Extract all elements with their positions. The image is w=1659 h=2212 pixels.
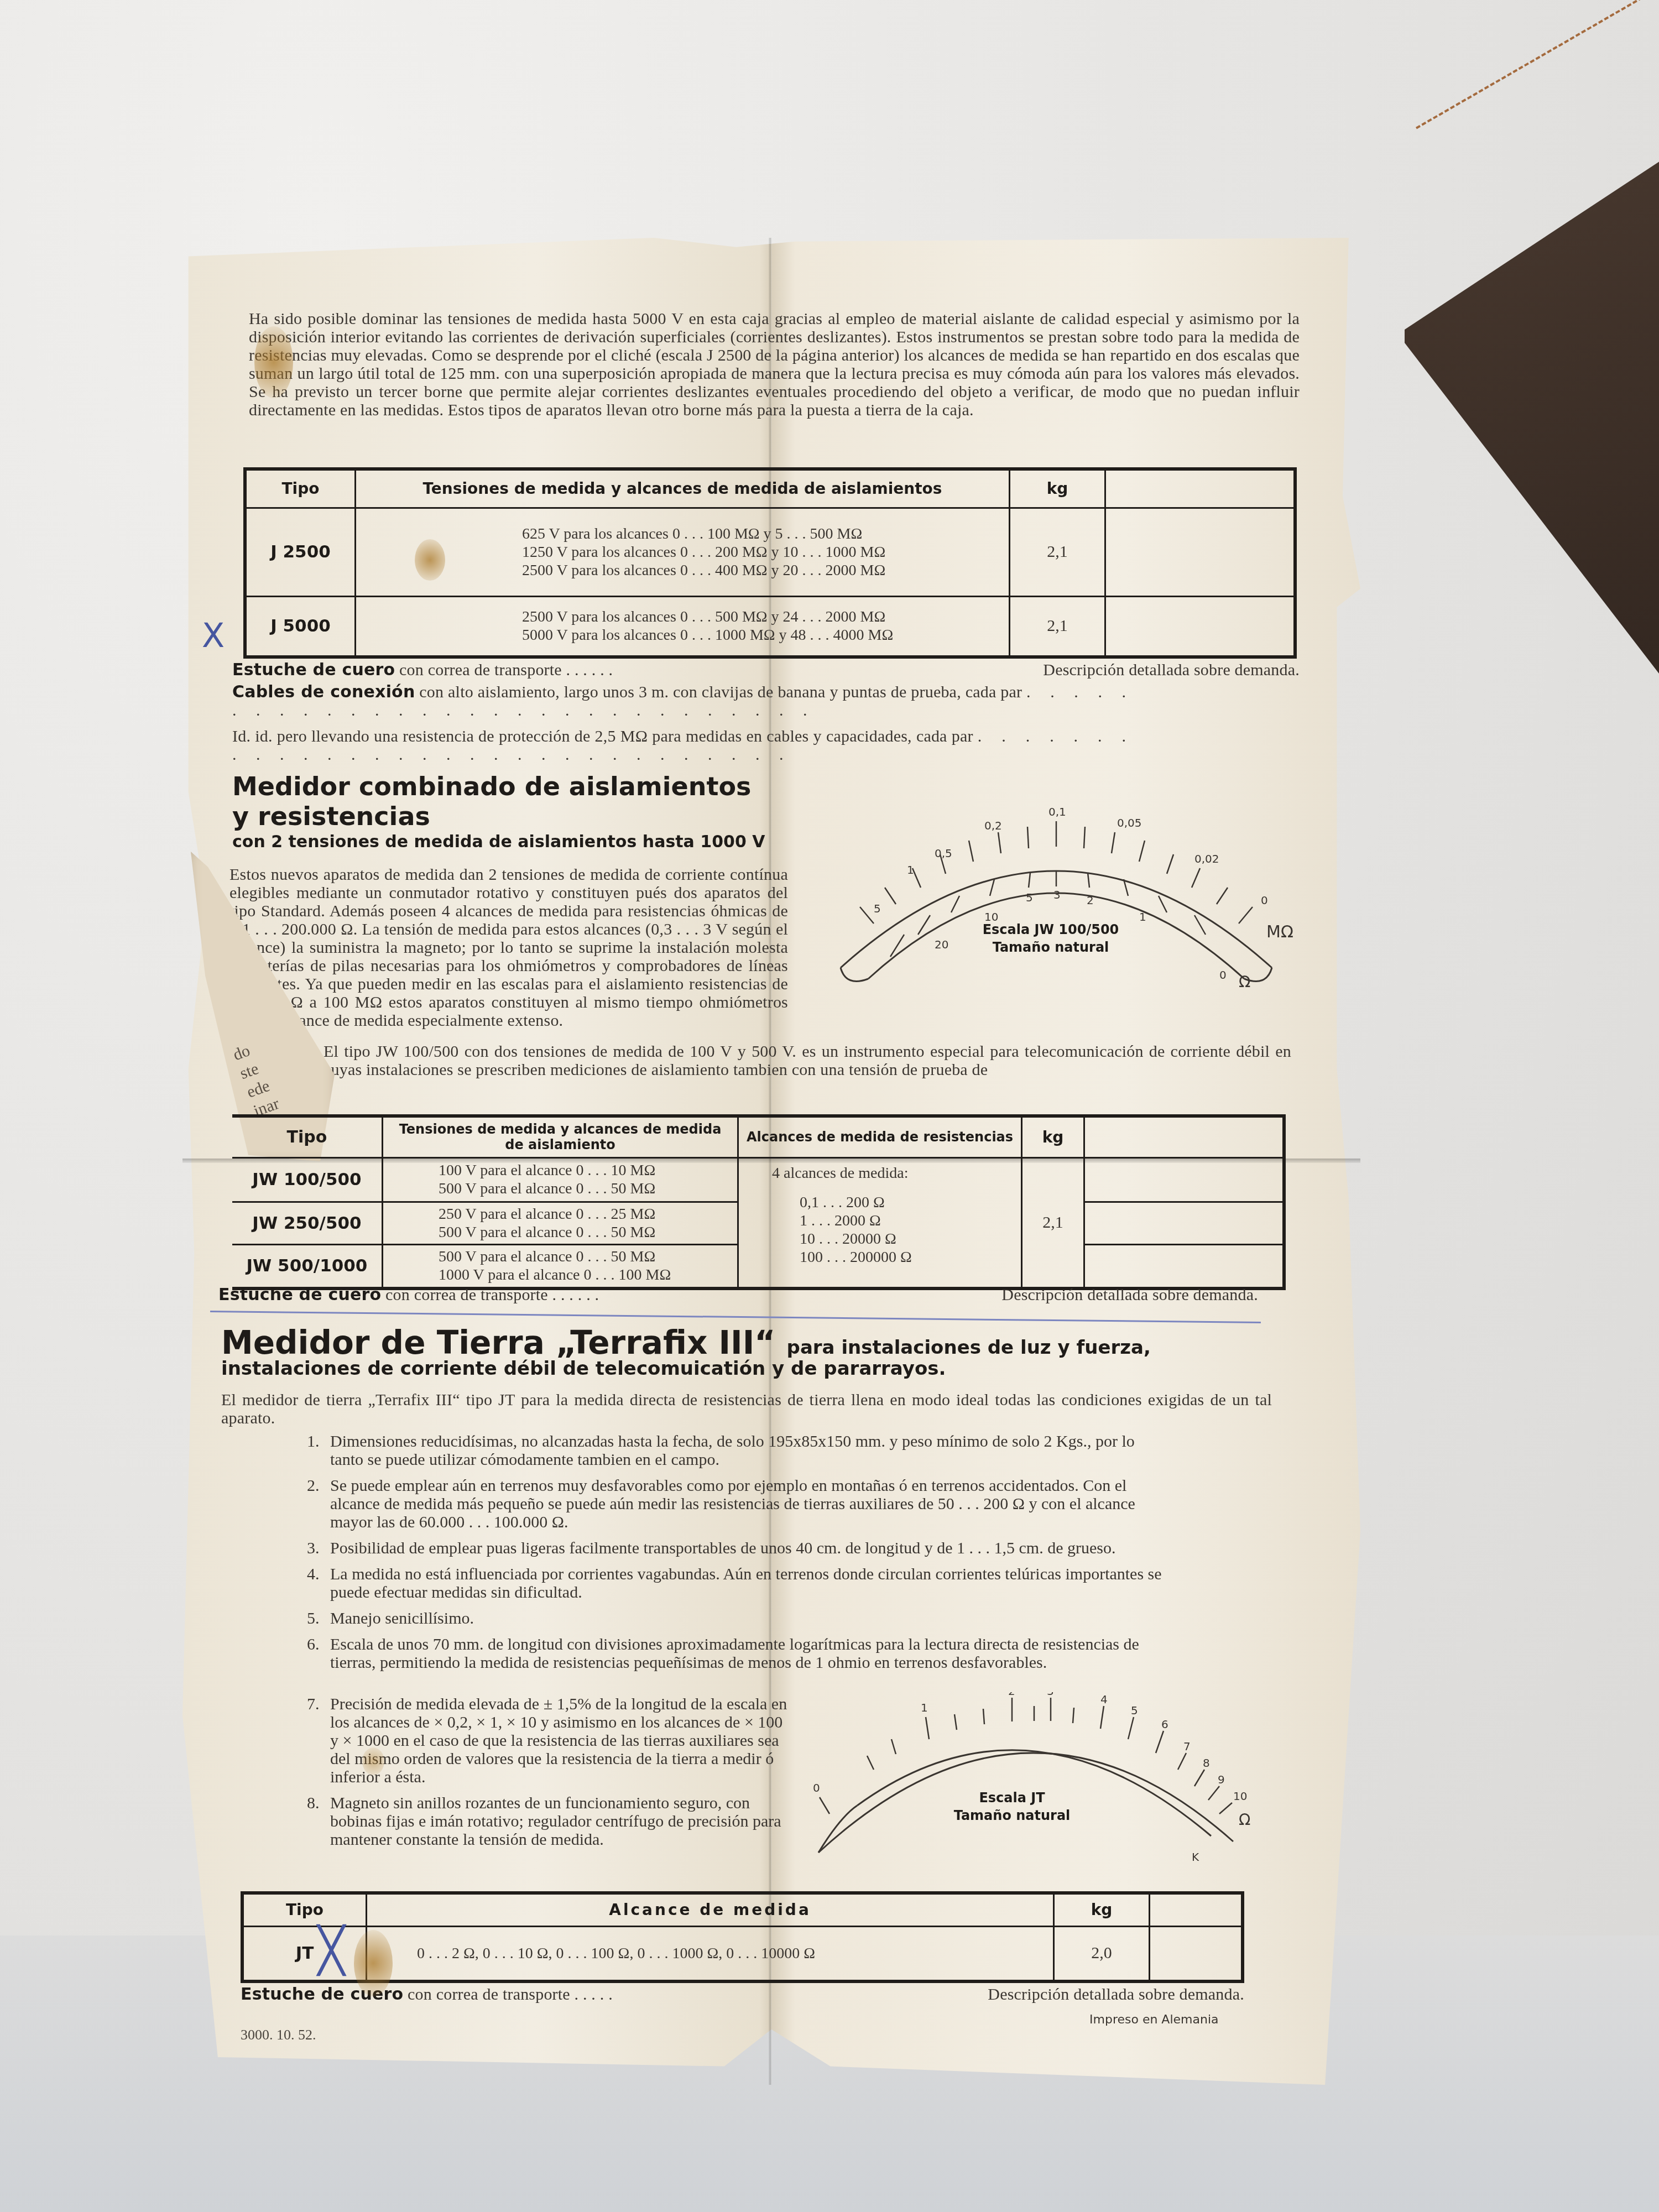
section2-paragraph2-text: El tipo JW 100/500 con dos tensiones de … — [229, 1042, 1291, 1079]
item-number: 1. — [307, 1432, 330, 1469]
item-number: 2. — [307, 1477, 330, 1531]
scale-tick-label: 1 — [907, 863, 914, 877]
case-desc: con correa de transporte . . . . . . — [385, 1286, 599, 1304]
jw500-1000-ranges: 500 V para el alcance 0 . . . 50 MΩ 1000… — [383, 1244, 738, 1288]
case-note: Descripción detallada sobre demanda. — [1043, 661, 1300, 679]
scale-tick-label: 5 — [1131, 1704, 1138, 1717]
table2-header-kg: kg — [1022, 1116, 1084, 1157]
tipo-j5000: J 5000 — [245, 596, 356, 657]
section2-title-line1: Medidor combinado de aislamientos — [232, 771, 752, 801]
rust-stain — [415, 539, 445, 581]
scale-tick-label: 2 — [1087, 894, 1094, 907]
scale-tick-label: 7 — [1183, 1740, 1191, 1753]
item-number: 5. — [307, 1609, 330, 1627]
item-number: 3. — [307, 1539, 330, 1557]
jt-ranges: 0 . . . 2 Ω, 0 . . . 10 Ω, 0 . . . 100 Ω… — [367, 1926, 1054, 1981]
scale-tick-label: 0 — [1219, 968, 1227, 982]
scale-tick-label: 2 — [1008, 1692, 1015, 1698]
table3-header-alcance: Alcance de medida — [367, 1893, 1054, 1926]
terrafix-title: Medidor de Tierra „Terrafix III“ — [221, 1324, 775, 1361]
table1-header-blank — [1105, 469, 1296, 508]
table2-header-resistencias: Alcances de medida de resistencias — [738, 1116, 1022, 1157]
table-j-series: Tipo Tensiones de medida y alcances de m… — [243, 467, 1297, 659]
scale-tick-label: 4 — [1100, 1693, 1108, 1706]
features-list-continued: 7.Precisión de medida elevada de ± 1,5% … — [307, 1695, 788, 1856]
kg-j2500: 2,1 — [1010, 508, 1105, 596]
accessory-case-line: Estuche de cuero con correa de transport… — [232, 661, 1300, 679]
case-desc: con correa de transporte . . . . . . — [399, 661, 613, 679]
scale-tick-label: 5 — [1026, 891, 1033, 904]
blank-cell — [1105, 596, 1296, 657]
tipo-j2500: J 2500 — [245, 508, 356, 596]
cables-label: Cables de conexión — [232, 682, 415, 702]
j2500-ranges: 625 V para los alcances 0 . . . 100 MΩ y… — [356, 508, 1010, 596]
table3-header-kg: kg — [1054, 1893, 1150, 1926]
kg-jt: 2,0 — [1054, 1926, 1150, 1981]
scale-tick-label: 0,02 — [1194, 852, 1219, 865]
scale-tick-label: 0,1 — [1048, 805, 1066, 818]
tipo-jw500-1000: JW 500/1000 — [232, 1244, 383, 1288]
section2-title-line2: y resistencias — [232, 801, 752, 831]
tipo-jw250-500: JW 250/500 — [232, 1202, 383, 1244]
printed-in-label: Impreso en Alemania — [1089, 2013, 1219, 2027]
range-line: 500 V para el alcance 0 . . . 50 MΩ — [439, 1180, 732, 1198]
j5000-ranges: 2500 V para los alcances 0 . . . 500 MΩ … — [356, 596, 1010, 657]
kg-jw: 2,1 — [1022, 1157, 1084, 1288]
accessory-protected-cables: Id. id. pero llevando una resistencia de… — [232, 727, 1134, 764]
accessory-cables: Cables de conexión con alto aislamiento,… — [232, 683, 1134, 719]
item-number: 7. — [307, 1695, 330, 1786]
resistance-range: 10 . . . 20000 Ω — [772, 1230, 1015, 1248]
list-item: 3.Posibilidad de emplear puas ligeras fa… — [307, 1539, 1170, 1557]
section2-subtitle: con 2 tensiones de medida de aislamiento… — [232, 832, 765, 852]
rust-stain — [254, 326, 293, 398]
scale-end-mark: K — [1192, 1850, 1199, 1864]
features-list: 1.Dimensiones reducidísimas, no alcanzad… — [307, 1432, 1170, 1679]
scale-tick-label: 1 — [921, 1701, 928, 1714]
scale-jt-caption: Escala JT Tamaño natural — [940, 1789, 1084, 1824]
tipo-jt: JT — [242, 1926, 367, 1981]
resistance-ranges: 4 alcances de medida: 0,1 . . . 200 Ω 1 … — [738, 1157, 1022, 1288]
scale-tick-label: 3 — [1047, 1692, 1054, 1698]
blank-cell — [1084, 1244, 1285, 1288]
table2-header-tensiones: Tensiones de medida y alcances de medida… — [383, 1116, 738, 1157]
scale-jt-subtitle: Tamaño natural — [940, 1807, 1084, 1824]
range-line: 625 V para los alcances 0 . . . 100 MΩ y… — [522, 525, 1003, 543]
range-line: 500 V para el alcance 0 . . . 50 MΩ — [439, 1223, 732, 1241]
cables-desc: con alto aislamiento, largo unos 3 m. co… — [419, 683, 1022, 701]
list-item: 5.Manejo senicillísimo. — [307, 1609, 1170, 1627]
table-row: J 2500 625 V para los alcances 0 . . . 1… — [245, 508, 1295, 596]
footer-case-line: Estuche de cuero con correa de transport… — [241, 1985, 1244, 2004]
list-item: 8.Magneto sin anillos rozantes de un fun… — [307, 1794, 788, 1849]
scale-tick-label: 6 — [1161, 1718, 1168, 1731]
scale-jt-diagram: 0 1 2 3 4 5 6 7 8 9 10 Ω K — [796, 1692, 1283, 1875]
item-number: 6. — [307, 1635, 330, 1672]
table-row: JW 100/500 100 V para el alcance 0 . . .… — [232, 1157, 1284, 1202]
scale-tick-label: 9 — [1218, 1773, 1225, 1786]
jw100-500-ranges: 100 V para el alcance 0 . . . 10 MΩ 500 … — [383, 1157, 738, 1202]
resistance-range: 1 . . . 2000 Ω — [772, 1212, 1015, 1230]
resistance-range: 100 . . . 200000 Ω — [772, 1248, 1015, 1266]
blank-cell — [1150, 1926, 1243, 1981]
scale-tick-label: 10 — [1233, 1790, 1247, 1803]
intro-paragraph: Ha sido posible dominar las tensiones de… — [249, 310, 1300, 419]
rust-stain — [362, 1747, 384, 1775]
blank-cell — [1084, 1157, 1285, 1202]
list-item: 6.Escala de unos 70 mm. de longitud con … — [307, 1635, 1170, 1672]
range-line: 5000 V para los alcances 0 . . . 1000 MΩ… — [522, 626, 1003, 644]
scale-jt-title: Escala JT — [940, 1789, 1084, 1807]
scale-tick-label: 0 — [813, 1781, 820, 1794]
pencil-x-mark-jt: ╳ — [318, 1924, 345, 1976]
table2-header-tipo: Tipo — [232, 1116, 383, 1157]
section3-intro: El medidor de tierra „Terrafix III“ tipo… — [221, 1391, 1272, 1427]
scale-jw-subtitle: Tamaño natural — [957, 938, 1145, 956]
blank-cell — [1105, 508, 1296, 596]
table-row: J 5000 2500 V para los alcances 0 . . . … — [245, 596, 1295, 657]
item-text: La medida no está influenciada por corri… — [330, 1565, 1170, 1601]
scale-jw-title: Escala JW 100/500 — [957, 921, 1145, 938]
scale-tick-label: 20 — [935, 938, 948, 951]
range-line: 500 V para el alcance 0 . . . 50 MΩ — [439, 1248, 732, 1266]
range-line: 1000 V para el alcance 0 . . . 100 MΩ — [439, 1266, 732, 1284]
case-label: Estuche de cuero — [232, 660, 395, 680]
item-text: Precisión de medida elevada de ± 1,5% de… — [330, 1695, 788, 1786]
resistance-range: 0,1 . . . 200 Ω — [772, 1193, 1015, 1212]
range-line: 250 V para el alcance 0 . . . 25 MΩ — [439, 1205, 732, 1223]
list-item: 2.Se puede emplear aún en terrenos muy d… — [307, 1477, 1170, 1531]
pencil-x-mark: X — [202, 617, 225, 655]
list-item: 4.La medida no está influenciada por cor… — [307, 1565, 1170, 1601]
blank-cell — [1084, 1202, 1285, 1244]
accessory-case-line-2: Estuche de cuero con correa de transport… — [218, 1286, 1258, 1304]
item-text: Escala de unos 70 mm. de longitud con di… — [330, 1635, 1170, 1672]
item-text: Dimensiones reducidísimas, no alcanzadas… — [330, 1432, 1170, 1469]
scale-tick-label: 0 — [1261, 894, 1268, 907]
table3-header-blank — [1150, 1893, 1243, 1926]
table2-header-blank — [1084, 1116, 1285, 1157]
scale-jw-caption: Escala JW 100/500 Tamaño natural — [957, 921, 1145, 956]
case-label: Estuche de cuero — [218, 1285, 381, 1305]
print-code: 3000. 10. 52. — [241, 2027, 316, 2043]
item-text: Posibilidad de emplear puas ligeras faci… — [330, 1539, 1116, 1557]
item-number: 8. — [307, 1794, 330, 1849]
table1-header-tensiones: Tensiones de medida y alcances de medida… — [356, 469, 1010, 508]
protected-cables-desc: Id. id. pero llevando una resistencia de… — [232, 727, 973, 745]
range-line: 1250 V para los alcances 0 . . . 200 MΩ … — [522, 543, 1003, 561]
kg-j5000: 2,1 — [1010, 596, 1105, 657]
case-note: Descripción detallada sobre demanda. — [988, 1985, 1244, 2004]
rust-stain — [354, 1930, 393, 1996]
range-line: 2500 V para los alcances 0 . . . 500 MΩ … — [522, 608, 1003, 626]
scale-unit-ohm: Ω — [1239, 973, 1250, 991]
section2-title: Medidor combinado de aislamientos y resi… — [232, 771, 752, 831]
scale-jw-100-500-diagram: 5 1 0,5 0,2 0,1 0,05 0,02 0 MΩ 10 5 3 2 … — [807, 796, 1305, 995]
case-note: Descripción detallada sobre demanda. — [1001, 1286, 1258, 1304]
scale-unit-ohm: Ω — [1239, 1811, 1250, 1829]
scale-tick-label: 0,05 — [1117, 816, 1142, 830]
list-item: 1.Dimensiones reducidísimas, no alcanzad… — [307, 1432, 1170, 1469]
table1-header-kg: kg — [1010, 469, 1105, 508]
scale-tick-label: 0,5 — [935, 847, 952, 860]
table1-header-tipo: Tipo — [245, 469, 356, 508]
case-desc: con correa de transporte . . . . . — [408, 1985, 613, 2004]
item-number: 4. — [307, 1565, 330, 1601]
range-line: 2500 V para los alcances 0 . . . 400 MΩ … — [522, 561, 1003, 580]
table-row: JT 0 . . . 2 Ω, 0 . . . 10 Ω, 0 . . . 10… — [242, 1926, 1243, 1981]
scale-unit-megohm: MΩ — [1266, 922, 1293, 942]
scale-tick-label: 5 — [874, 902, 881, 915]
range-line: 100 V para el alcance 0 . . . 10 MΩ — [439, 1161, 732, 1180]
item-text: Se puede emplear aún en terrenos muy des… — [330, 1477, 1170, 1531]
terrafix-title-tail: para instalaciones de luz y fuerza, — [787, 1337, 1151, 1359]
jw250-500-ranges: 250 V para el alcance 0 . . . 25 MΩ 500 … — [383, 1202, 738, 1244]
item-text: Magneto sin anillos rozantes de un funci… — [330, 1794, 788, 1849]
tipo-jw100-500: JW 100/500 — [232, 1157, 383, 1202]
item-text: Manejo senicillísimo. — [330, 1609, 474, 1627]
table3-header-tipo: Tipo — [242, 1893, 367, 1926]
section3-title-line2: instalaciones de corriente débil de tele… — [221, 1358, 946, 1380]
table-jw-series: Tipo Tensiones de medida y alcances de m… — [232, 1114, 1286, 1290]
scale-tick-label: 8 — [1203, 1756, 1210, 1770]
scale-tick-label: 0,2 — [984, 819, 1002, 832]
scale-tick-label: 3 — [1053, 888, 1061, 901]
resistance-header: 4 alcances de medida: — [772, 1164, 1015, 1182]
